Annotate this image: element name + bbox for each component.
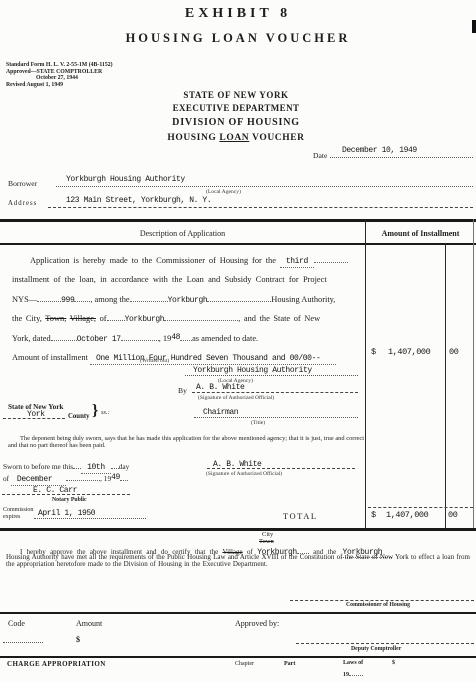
date-value: December 10, 1949 [342,146,417,155]
form-name-underlined: LOAN [219,133,249,143]
commissioner-caption: Commissioner of Housing [346,602,410,608]
project-number-value: 999 [61,296,74,305]
dotted-fill [130,294,168,302]
state-suffix: , and the State of New [238,314,320,323]
date-line [330,157,473,158]
witness-signature-caption: (Signature of Authorized Official) [206,471,282,477]
commissioner-signature-line [290,600,474,601]
title-line [194,417,358,418]
amended-text: as amended to date. [192,334,258,343]
dotted-fill [349,668,363,676]
year-prefix: , 19 [159,334,172,343]
form-name-post: VOUCHER [252,133,305,143]
total-dollar-sign: $ [371,510,376,520]
dotted-fill [207,294,271,302]
sworn-line-1: Sworn to before me this10thday [3,461,129,472]
borrower-label: Borrower [8,179,37,188]
deputy-signature-line [296,643,474,644]
department-name: EXECUTIVE DEPARTMENT [160,103,312,113]
code-label: Code [8,619,25,628]
dated-label: York, dated [12,334,51,343]
sworn-month-value: December [11,475,66,486]
form-name-pre: HOUSING [167,133,216,143]
amount-cents: 00 [449,347,458,357]
official-signature-caption: (Signature of Authorized Official) [198,395,274,401]
division-name: DIVISION OF HOUSING [160,117,312,128]
approval-body: Housing Authority have met all the requi… [6,554,470,568]
dotted-fill [107,313,125,321]
charge-appropriation-label: CHARGE APPROPRIATION [7,660,106,668]
city-option: City [262,531,273,538]
agency-name-value: Yorkburgh [168,296,208,305]
form-meta-line: October 27, 1944 [6,75,113,82]
dotted-fill [111,461,119,469]
sworn-year-value: 49 [111,473,120,482]
chapter-label: Chapter [235,661,254,667]
agency-heading-block: STATE OF NEW YORK EXECUTIVE DEPARTMENT D… [160,90,312,143]
agency-signature-line [185,375,358,376]
address-line [48,207,473,208]
ss-label: ss.: [101,409,110,416]
town-option-struck: Town, [45,314,66,323]
county-line [3,418,65,419]
form-meta-block: Standard Form H. L. V. 2-55-1M (4B-1152)… [6,62,113,88]
village-option-struck: Village, [70,314,96,323]
laws-of-label: Laws of [343,660,363,666]
total-underline [368,507,473,508]
description-line-5: York, datedOctober 17, 1948as amended to… [12,329,357,348]
sworn-line-2: of December, 1949 [3,473,128,484]
header-rule [0,243,476,245]
official-signature: A. B. White [196,383,244,392]
form-name: HOUSING LOAN VOUCHER [160,133,312,143]
line2-text: installment of the loan, in accordance w… [12,275,327,284]
among-text: , among the [90,295,129,304]
dotted-fill [51,333,77,341]
official-title: Chairman [203,408,238,417]
total-cents: 00 [448,510,457,520]
laws-year-label: 19 [343,668,363,678]
line1-text: Application is hereby made to the Commis… [30,256,276,265]
project-prefix: NYS— [12,295,37,304]
sworn-pre: Sworn to before me this [3,462,73,471]
notary-line [2,494,130,495]
municipality-value: Yorkburgh [125,315,165,324]
commission-label-2: expires [3,514,20,520]
day-label: day [119,462,130,471]
amount-dollar-sign: $ [371,347,376,357]
county-label: County [68,413,90,420]
description-line-6: Amount of installment One Million Four H… [12,348,357,367]
form-meta-line: Revised August 1, 1949 [6,82,113,89]
by-label: By [178,386,187,395]
deputy-comptroller-caption: Deputy Comptroller [351,646,401,652]
borrower-name: Yorkburgh Housing Authority [66,175,185,184]
dotted-fill [74,294,90,302]
borrower-line [56,186,473,187]
application-description: Application is hereby made to the Commis… [12,251,357,367]
witness-signature-line [207,468,355,469]
of-label: of [100,314,107,323]
amount-label: Amount [76,619,102,628]
footer-dollar-sign: $ [76,635,80,644]
official-signature-line [192,392,358,393]
amount-written-label: Amount of installment [12,353,88,362]
brace-glyph: } [92,402,98,420]
dated-value: October 17 [77,335,121,344]
column-divider [365,219,366,530]
table-bottom-rule [0,528,476,531]
description-line-1: Application is hereby made to the Commis… [12,251,357,270]
dotted-fill [37,294,61,302]
sworn-of-label: of [3,474,9,483]
dotted-fill [164,313,238,321]
form-meta-line: Standard Form H. L. V. 2-55-1M (4B-1152) [6,62,113,69]
notary-caption: Notary Public [52,497,87,503]
code-entry-line [3,642,43,643]
address-label: Address [8,200,37,207]
written-out-caption: (Written out) [140,358,169,364]
commission-date: April 1, 1950 [38,509,95,518]
exhibit-heading: EXHIBIT 8 [0,6,476,22]
description-column-header: Description of Application [0,229,365,238]
commission-line [34,518,146,519]
approved-by-label: Approved by: [235,619,279,628]
charge-dollar-sign: $ [392,660,395,666]
cents-divider [445,243,446,530]
borrower-caption: (Local Agency) [206,189,241,195]
deponent-text: The deponent being duly sworn, says that… [8,435,364,449]
document-title: HOUSING LOAN VOUCHER [0,31,476,46]
table-top-rule [0,219,476,222]
amount-column-header: Amount of Installment [365,229,476,238]
description-line-3: NYS—999, among theYorkburghHousing Autho… [12,290,357,309]
signing-agency-name: Yorkburgh Housing Authority [193,366,312,375]
city-pre: the City, [12,314,42,323]
amount-value: 1,407,000 [388,347,430,357]
state-name: STATE OF NEW YORK [160,90,312,100]
town-option-struck: Town [259,538,274,545]
total-label: TOTAL [283,511,318,521]
part-label: Part [284,661,295,667]
dotted-fill [121,333,159,341]
sworn-year-prefix: , 19 [100,474,111,483]
scan-artifact-mark [472,20,476,33]
dotted-fill [120,473,128,481]
voucher-document: EXHIBIT 8 HOUSING LOAN VOUCHER Standard … [0,0,476,682]
installment-number-value: third [280,257,314,268]
form-meta-line: Approved—STATE COMPTROLLER [6,69,113,76]
authority-suffix: Housing Authority, [271,295,335,304]
description-line-4: the City, Town, Village, ofYorkburgh, an… [12,309,357,328]
address-value: 123 Main Street, Yorkburgh, N. Y. [66,196,211,205]
dotted-fill [73,461,81,469]
amount-written-value: One Million Four Hundred Seven Thousand … [90,354,336,365]
footer-rule-2 [0,656,476,658]
dotted-fill [180,333,192,341]
description-line-2: installment of the loan, in accordance w… [12,270,357,289]
date-label: Date [313,151,327,160]
title-caption: (Title) [251,420,265,426]
total-value: 1,407,000 [386,510,428,520]
table-right-border [473,219,474,530]
year-value: 48 [171,333,180,342]
deponent-paragraph: The deponent being duly sworn, says that… [8,435,364,449]
dotted-fill [314,255,348,263]
commission-label-1: Commission [3,507,33,513]
dotted-fill [66,473,100,481]
footer-rule-1 [0,612,476,614]
